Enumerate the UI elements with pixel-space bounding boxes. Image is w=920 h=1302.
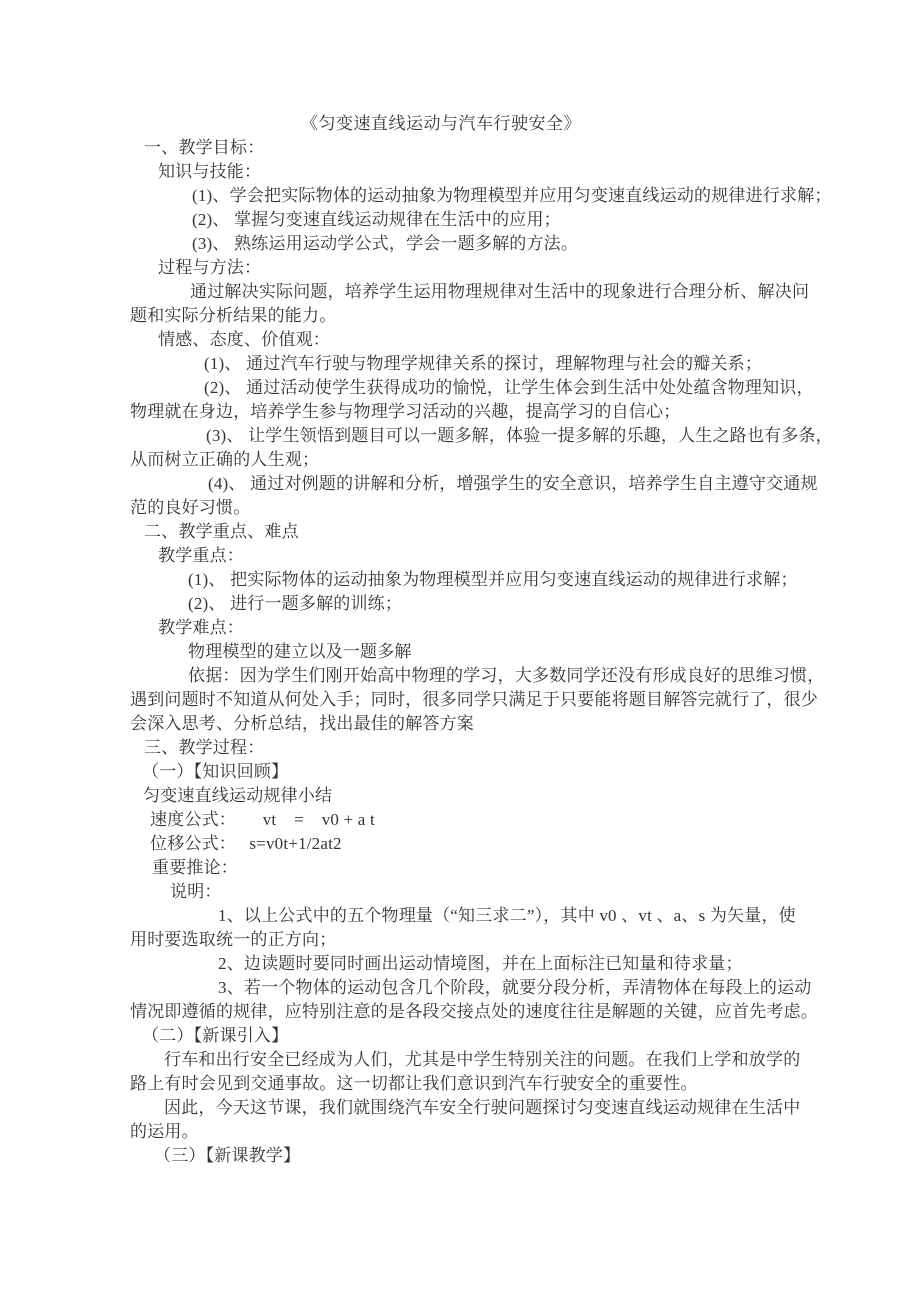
text-line: （三）【新课教学】 — [130, 1144, 820, 1168]
text-line: (1)、学会把实际物体的运动抽象为物理模型并应用匀变速直线运动的规律进行求解； — [130, 184, 820, 208]
text-line: (3)、 让学生领悟到题目可以一题多解，体验一提多解的乐趣，人生之路也有多条， — [130, 424, 820, 448]
text-line: 过程与方法： — [130, 256, 820, 280]
text-line: 用时要选取统一的正方向； — [130, 928, 820, 952]
text-line: 说明： — [130, 880, 820, 904]
text-line: 重要推论： — [130, 856, 820, 880]
text-line: 行车和出行安全已经成为人们，尤其是中学生特别关注的问题。在我们上学和放学的 — [130, 1048, 820, 1072]
text-line: 3、若一个物体的运动包含几个阶段，就要分段分析，弄清物体在每段上的运动 — [130, 976, 820, 1000]
text-line: 范的良好习惯。 — [130, 496, 820, 520]
text-line: 从而树立正确的人生观； — [130, 448, 820, 472]
text-line: 位移公式： s=v0t+1/2at2 — [130, 832, 820, 856]
document-title: 《匀变速直线运动与汽车行驶安全》 — [96, 112, 786, 136]
text-line: 依据：因为学生们刚开始高中物理的学习，大多数同学还没有形成良好的思维习惯， — [130, 664, 820, 688]
document-page: 《匀变速直线运动与汽车行驶安全》一、教学目标：知识与技能：(1)、学会把实际物体… — [0, 0, 920, 1302]
text-line: 路上有时会见到交通事故。这一切都让我们意识到汽车行驶安全的重要性。 — [130, 1072, 820, 1096]
text-line: （一）【知识回顾】 — [130, 760, 820, 784]
text-line: （二）【新课引入】 — [130, 1024, 820, 1048]
text-line: (1)、 通过汽车行驶与物理学规律关系的探讨，理解物理与社会的瓣关系； — [130, 352, 820, 376]
text-line: 题和实际分析结果的能力。 — [130, 304, 820, 328]
text-line: (2)、 通过活动使学生获得成功的愉悦，让学生体会到生活中处处蕴含物理知识， — [130, 376, 820, 400]
text-line: 因此，今天这节课，我们就围绕汽车安全行驶问题探讨匀变速直线运动规律在生活中 — [130, 1096, 820, 1120]
text-line: 一、教学目标： — [130, 136, 820, 160]
text-line: (2)、 进行一题多解的训练； — [130, 592, 820, 616]
document-text-block: 《匀变速直线运动与汽车行驶安全》一、教学目标：知识与技能：(1)、学会把实际物体… — [130, 112, 820, 1168]
text-line: 的运用。 — [130, 1120, 820, 1144]
text-line: (1)、 把实际物体的运动抽象为物理模型并应用匀变速直线运动的规律进行求解； — [130, 568, 820, 592]
text-line: 三、教学过程： — [130, 736, 820, 760]
text-line: (2)、 掌握匀变速直线运动规律在生活中的应用； — [130, 208, 820, 232]
text-line: 1、以上公式中的五个物理量（“知三求二”），其中 v0 、vt 、a、s 为矢量… — [130, 904, 820, 928]
text-line: 物理模型的建立以及一题多解 — [130, 640, 820, 664]
text-line: 通过解决实际问题，培养学生运用物理规律对生活中的现象进行合理分析、解决问 — [130, 280, 820, 304]
text-line: 教学重点： — [130, 544, 820, 568]
text-line: 会深入思考、分析总结，找出最佳的解答方案 — [130, 712, 820, 736]
text-line: 速度公式： vt = v0 + a t — [130, 808, 820, 832]
text-line: 情况即遵循的规律，应特别注意的是各段交接点处的速度往往是解题的关键，应首先考虑。 — [130, 1000, 820, 1024]
text-line: 物理就在身边，培养学生参与物理学习活动的兴趣，提高学习的自信心； — [130, 400, 820, 424]
text-line: (3)、 熟练运用运动学公式，学会一题多解的方法。 — [130, 232, 820, 256]
text-line: 2、边读题时要同时画出运动情境图，并在上面标注已知量和待求量； — [130, 952, 820, 976]
text-line: 教学难点： — [130, 616, 820, 640]
text-line: (4)、 通过对例题的讲解和分析，增强学生的安全意识，培养学生自主遵守交通规 — [130, 472, 820, 496]
text-line: 匀变速直线运动规律小结 — [130, 784, 820, 808]
text-line: 遇到问题时不知道从何处入手；同时，很多同学只满足于只要能将题目解答完就行了，很少 — [130, 688, 820, 712]
text-line: 情感、态度、价值观： — [130, 328, 820, 352]
text-line: 二、教学重点、难点 — [130, 520, 820, 544]
text-line: 知识与技能： — [130, 160, 820, 184]
